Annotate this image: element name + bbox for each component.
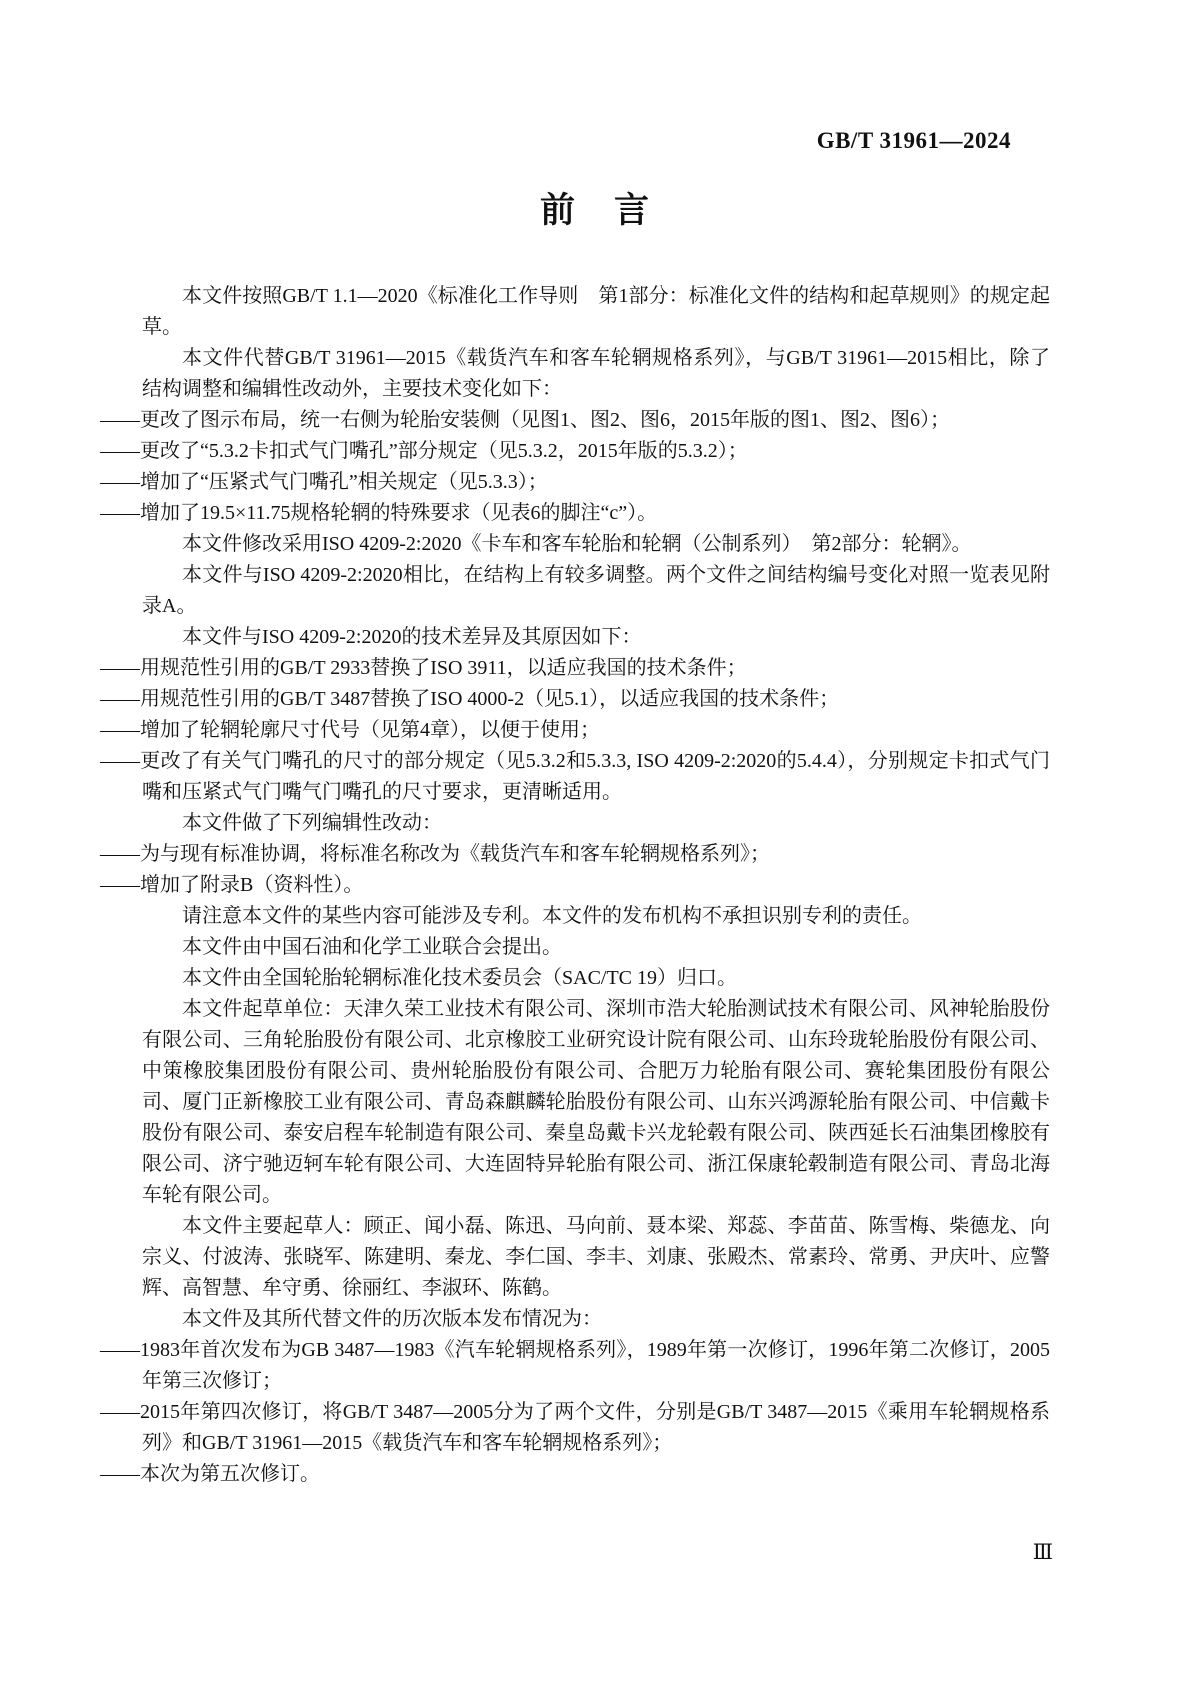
paragraph: 本文件与ISO 4209-2:2020相比，在结构上有较多调整。两个文件之间结构… bbox=[142, 560, 1050, 622]
page-number: Ⅲ bbox=[1033, 1540, 1053, 1565]
list-item: ——增加了附录B（资料性）。 bbox=[142, 870, 1050, 901]
paragraph: 本文件由中国石油和化学工业联合会提出。 bbox=[142, 932, 1050, 963]
paragraph: 本文件修改采用ISO 4209-2:2020《卡车和客车轮胎和轮辋（公制系列） … bbox=[142, 529, 1050, 560]
foreword-content: 本文件按照GB/T 1.1—2020《标准化工作导则 第1部分：标准化文件的结构… bbox=[142, 281, 1050, 1490]
standard-number: GB/T 31961—2024 bbox=[817, 128, 1011, 154]
list-item: ——用规范性引用的GB/T 2933替换了ISO 3911，以适应我国的技术条件… bbox=[142, 653, 1050, 684]
paragraph: 本文件及其所代替文件的历次版本发布情况为： bbox=[142, 1304, 1050, 1335]
paragraph: 请注意本文件的某些内容可能涉及专利。本文件的发布机构不承担识别专利的责任。 bbox=[142, 901, 1050, 932]
document-page: GB/T 31961—2024 前 言 本文件按照GB/T 1.1—2020《标… bbox=[0, 0, 1191, 1684]
paragraph: 本文件按照GB/T 1.1—2020《标准化工作导则 第1部分：标准化文件的结构… bbox=[142, 281, 1050, 343]
paragraph: 本文件主要起草人：顾正、闻小磊、陈迅、马向前、聂本梁、郑蕊、李苗苗、陈雪梅、柴德… bbox=[142, 1211, 1050, 1304]
paragraph: 本文件与ISO 4209-2:2020的技术差异及其原因如下： bbox=[142, 622, 1050, 653]
paragraph: 本文件起草单位：天津久荣工业技术有限公司、深圳市浩大轮胎测试技术有限公司、风神轮… bbox=[142, 994, 1050, 1211]
page-title: 前 言 bbox=[0, 183, 1191, 233]
list-item: ——1983年首次发布为GB 3487—1983《汽车轮辋规格系列》，1989年… bbox=[142, 1335, 1050, 1397]
list-item: ——更改了图示布局，统一右侧为轮胎安装侧（见图1、图2、图6，2015年版的图1… bbox=[142, 405, 1050, 436]
paragraph: 本文件由全国轮胎轮辋标准化技术委员会（SAC/TC 19）归口。 bbox=[142, 963, 1050, 994]
list-item: ——用规范性引用的GB/T 3487替换了ISO 4000-2（见5.1），以适… bbox=[142, 684, 1050, 715]
list-item: ——增加了“压紧式气门嘴孔”相关规定（见5.3.3）； bbox=[142, 467, 1050, 498]
paragraph: 本文件做了下列编辑性改动： bbox=[142, 808, 1050, 839]
list-item: ——增加了19.5×11.75规格轮辋的特殊要求（见表6的脚注“c”）。 bbox=[142, 498, 1050, 529]
list-item: ——更改了有关气门嘴孔的尺寸的部分规定（见5.3.2和5.3.3, ISO 42… bbox=[142, 746, 1050, 808]
paragraph: 本文件代替GB/T 31961—2015《载货汽车和客车轮辋规格系列》，与GB/… bbox=[142, 343, 1050, 405]
list-item: ——本次为第五次修订。 bbox=[142, 1459, 1050, 1490]
list-item: ——为与现有标准协调，将标准名称改为《载货汽车和客车轮辋规格系列》； bbox=[142, 839, 1050, 870]
list-item: ——更改了“5.3.2卡扣式气门嘴孔”部分规定（见5.3.2，2015年版的5.… bbox=[142, 436, 1050, 467]
list-item: ——增加了轮辋轮廓尺寸代号（见第4章），以便于使用； bbox=[142, 715, 1050, 746]
list-item: ——2015年第四次修订，将GB/T 3487—2005分为了两个文件，分别是G… bbox=[142, 1397, 1050, 1459]
